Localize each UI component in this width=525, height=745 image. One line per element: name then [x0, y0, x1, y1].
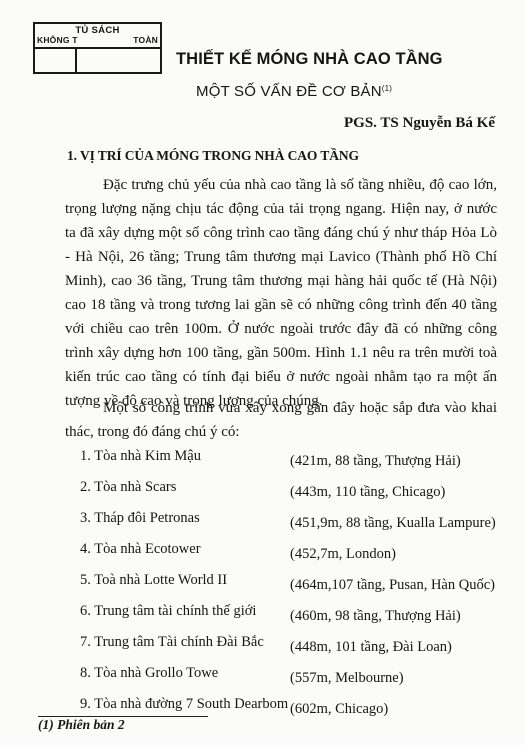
building-info: (421m, 88 tầng, Thượng Hải)	[290, 449, 461, 473]
list-item: 5. Toà nhà Lotte World II(464m,107 tầng,…	[80, 568, 510, 599]
library-stamp: TỦ SÁCH KHÔNG T TOÀN	[33, 22, 162, 74]
list-item: 3. Tháp đôi Petronas(451,9m, 88 tầng, Ku…	[80, 506, 510, 537]
footnote: (1) Phiên bản 2	[38, 717, 125, 733]
subtitle-text: MỘT SỐ VẤN ĐỀ CƠ BẢN	[196, 83, 382, 100]
building-name: 3. Tháp đôi Petronas	[80, 506, 200, 530]
list-item: 1. Tòa nhà Kim Mậu(421m, 88 tầng, Thượng…	[80, 444, 510, 475]
building-name: 4. Tòa nhà Ecotower	[80, 537, 201, 561]
stamp-line-2-left: KHÔNG T	[37, 35, 78, 45]
list-item: 6. Trung tâm tài chính thế giới(460m, 98…	[80, 599, 510, 630]
paragraph-intro: Đặc trưng chủ yếu của nhà cao tầng là số…	[65, 173, 497, 413]
building-info: (448m, 101 tầng, Đài Loan)	[290, 635, 452, 659]
stamp-divider-horizontal	[35, 47, 160, 49]
author: PGS. TS Nguyễn Bá Kế	[344, 115, 495, 132]
section-heading: 1. VỊ TRÍ CỦA MÓNG TRONG NHÀ CAO TẦNG	[67, 148, 359, 164]
list-item: 4. Tòa nhà Ecotower(452,7m, London)	[80, 537, 510, 568]
paragraph-list-intro: Một số công trình vừa xây xong gần đây h…	[65, 396, 497, 444]
building-info: (452,7m, London)	[290, 542, 396, 566]
building-info: (464m,107 tầng, Pusan, Hàn Quốc)	[290, 573, 495, 597]
building-name: 8. Tòa nhà Grollo Towe	[80, 661, 218, 685]
building-info: (602m, Chicago)	[290, 697, 388, 721]
building-name: 6. Trung tâm tài chính thế giới	[80, 599, 256, 623]
document-subtitle: MỘT SỐ VẤN ĐỀ CƠ BẢN(1)	[196, 83, 392, 100]
building-info: (460m, 98 tầng, Thượng Hải)	[290, 604, 461, 628]
building-list: 1. Tòa nhà Kim Mậu(421m, 88 tầng, Thượng…	[80, 444, 510, 723]
stamp-line-2-right: TOÀN	[133, 35, 158, 45]
building-info: (443m, 110 tầng, Chicago)	[290, 480, 445, 504]
building-name: 5. Toà nhà Lotte World II	[80, 568, 227, 592]
building-info: (451,9m, 88 tầng, Kualla Lampure)	[290, 511, 496, 535]
building-name: 7. Trung tâm Tài chính Đài Bắc	[80, 630, 264, 654]
document-title: THIẾT KẾ MÓNG NHÀ CAO TẦNG	[176, 50, 443, 69]
stamp-divider-vertical	[75, 47, 77, 72]
building-info: (557m, Melbourne)	[290, 666, 404, 690]
list-item: 2. Tòa nhà Scars(443m, 110 tầng, Chicago…	[80, 475, 510, 506]
building-name: 9. Tòa nhà đường 7 South Dearbom	[80, 692, 288, 716]
list-item: 8. Tòa nhà Grollo Towe(557m, Melbourne)	[80, 661, 510, 692]
building-name: 2. Tòa nhà Scars	[80, 475, 176, 499]
stamp-line-2: KHÔNG T TOÀN	[37, 35, 158, 45]
list-item: 9. Tòa nhà đường 7 South Dearbom(602m, C…	[80, 692, 510, 723]
subtitle-footnote-marker: (1)	[382, 84, 392, 93]
list-item: 7. Trung tâm Tài chính Đài Bắc(448m, 101…	[80, 630, 510, 661]
building-name: 1. Tòa nhà Kim Mậu	[80, 444, 201, 468]
